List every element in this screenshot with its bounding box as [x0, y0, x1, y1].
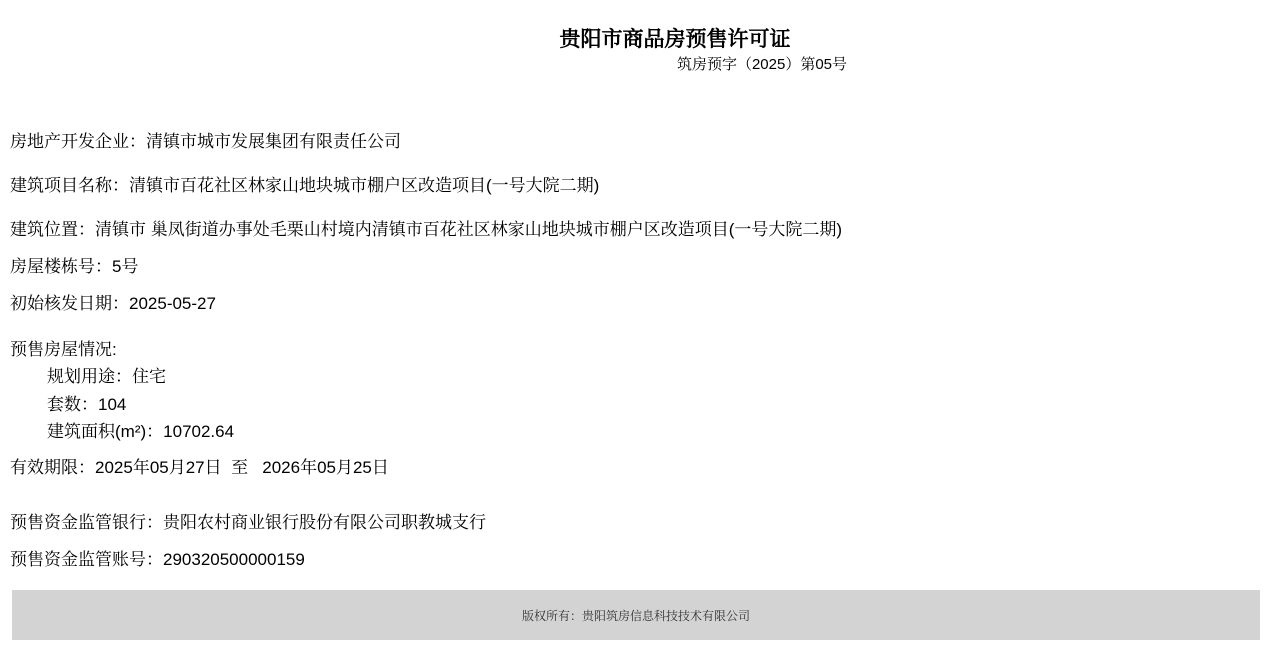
- field-building-number: 房屋楼栋号：5号: [10, 255, 1264, 278]
- document-header: 贵阳市商品房预售许可证 筑房预字（2025）第05号: [0, 0, 1264, 74]
- field-unit-count-label: 套数：: [47, 395, 98, 414]
- footer: 版权所有：贵阳筑房信息科技技术有限公司: [12, 590, 1260, 640]
- field-location-label: 建筑位置：: [10, 220, 95, 239]
- field-building-number-label: 房屋楼栋号：: [10, 257, 112, 276]
- field-validity-period-value: 2025年05月27日 至 2026年05月25日: [95, 458, 389, 477]
- field-floor-area: 建筑面积(m²)：10702.64: [10, 420, 1264, 443]
- field-validity-period-label: 有效期限：: [10, 458, 95, 477]
- doc-number: 筑房预字（2025）第05号: [130, 56, 1264, 74]
- field-supervision-bank-value: 贵阳农村商业银行股份有限公司职教城支行: [163, 513, 486, 532]
- field-initial-issue-date: 初始核发日期：2025-05-27: [10, 292, 1264, 315]
- field-planned-use-value: 住宅: [132, 367, 166, 386]
- field-planned-use-label: 规划用途：: [47, 367, 132, 386]
- field-initial-issue-date-value: 2025-05-27: [129, 294, 216, 313]
- field-location: 建筑位置：清镇市 巢凤街道办事处毛栗山村境内清镇市百花社区林家山地块城市棚户区改…: [10, 218, 1264, 241]
- field-project-name: 建筑项目名称：清镇市百花社区林家山地块城市棚户区改造项目(一号大院二期): [10, 174, 1264, 197]
- field-planned-use: 规划用途：住宅: [10, 365, 1264, 388]
- field-supervision-account-label: 预售资金监管账号：: [10, 550, 163, 569]
- field-project-name-value: 清镇市百花社区林家山地块城市棚户区改造项目(一号大院二期): [129, 176, 599, 195]
- field-location-value: 清镇市 巢凤街道办事处毛栗山村境内清镇市百花社区林家山地块城市棚户区改造项目(一…: [95, 220, 842, 239]
- field-floor-area-label: 建筑面积(m²)：: [47, 422, 163, 441]
- field-developer-value: 清镇市城市发展集团有限责任公司: [146, 132, 401, 151]
- field-supervision-account-value: 290320500000159: [163, 550, 305, 569]
- field-supervision-bank: 预售资金监管银行：贵阳农村商业银行股份有限公司职教城支行: [10, 511, 1264, 534]
- field-validity-period: 有效期限：2025年05月27日 至 2026年05月25日: [10, 456, 1264, 479]
- page-title: 贵阳市商品房预售许可证: [43, 28, 1264, 52]
- field-floor-area-value: 10702.64: [163, 422, 234, 441]
- presale-permit-page: { "header": { "title": "贵阳市商品房预售许可证", "d…: [0, 0, 1264, 645]
- field-developer: 房地产开发企业：清镇市城市发展集团有限责任公司: [10, 130, 1264, 153]
- copyright-text: 版权所有：贵阳筑房信息科技技术有限公司: [522, 607, 750, 624]
- field-developer-label: 房地产开发企业：: [10, 132, 146, 151]
- field-building-number-value: 5号: [112, 257, 138, 276]
- presale-section-heading: 预售房屋情况:: [10, 338, 1264, 361]
- permit-details: 房地产开发企业：清镇市城市发展集团有限责任公司 建筑项目名称：清镇市百花社区林家…: [0, 130, 1264, 571]
- field-project-name-label: 建筑项目名称：: [10, 176, 129, 195]
- field-supervision-account: 预售资金监管账号：290320500000159: [10, 548, 1264, 571]
- field-initial-issue-date-label: 初始核发日期：: [10, 294, 129, 313]
- field-unit-count: 套数：104: [10, 393, 1264, 416]
- field-supervision-bank-label: 预售资金监管银行：: [10, 513, 163, 532]
- field-unit-count-value: 104: [98, 395, 126, 414]
